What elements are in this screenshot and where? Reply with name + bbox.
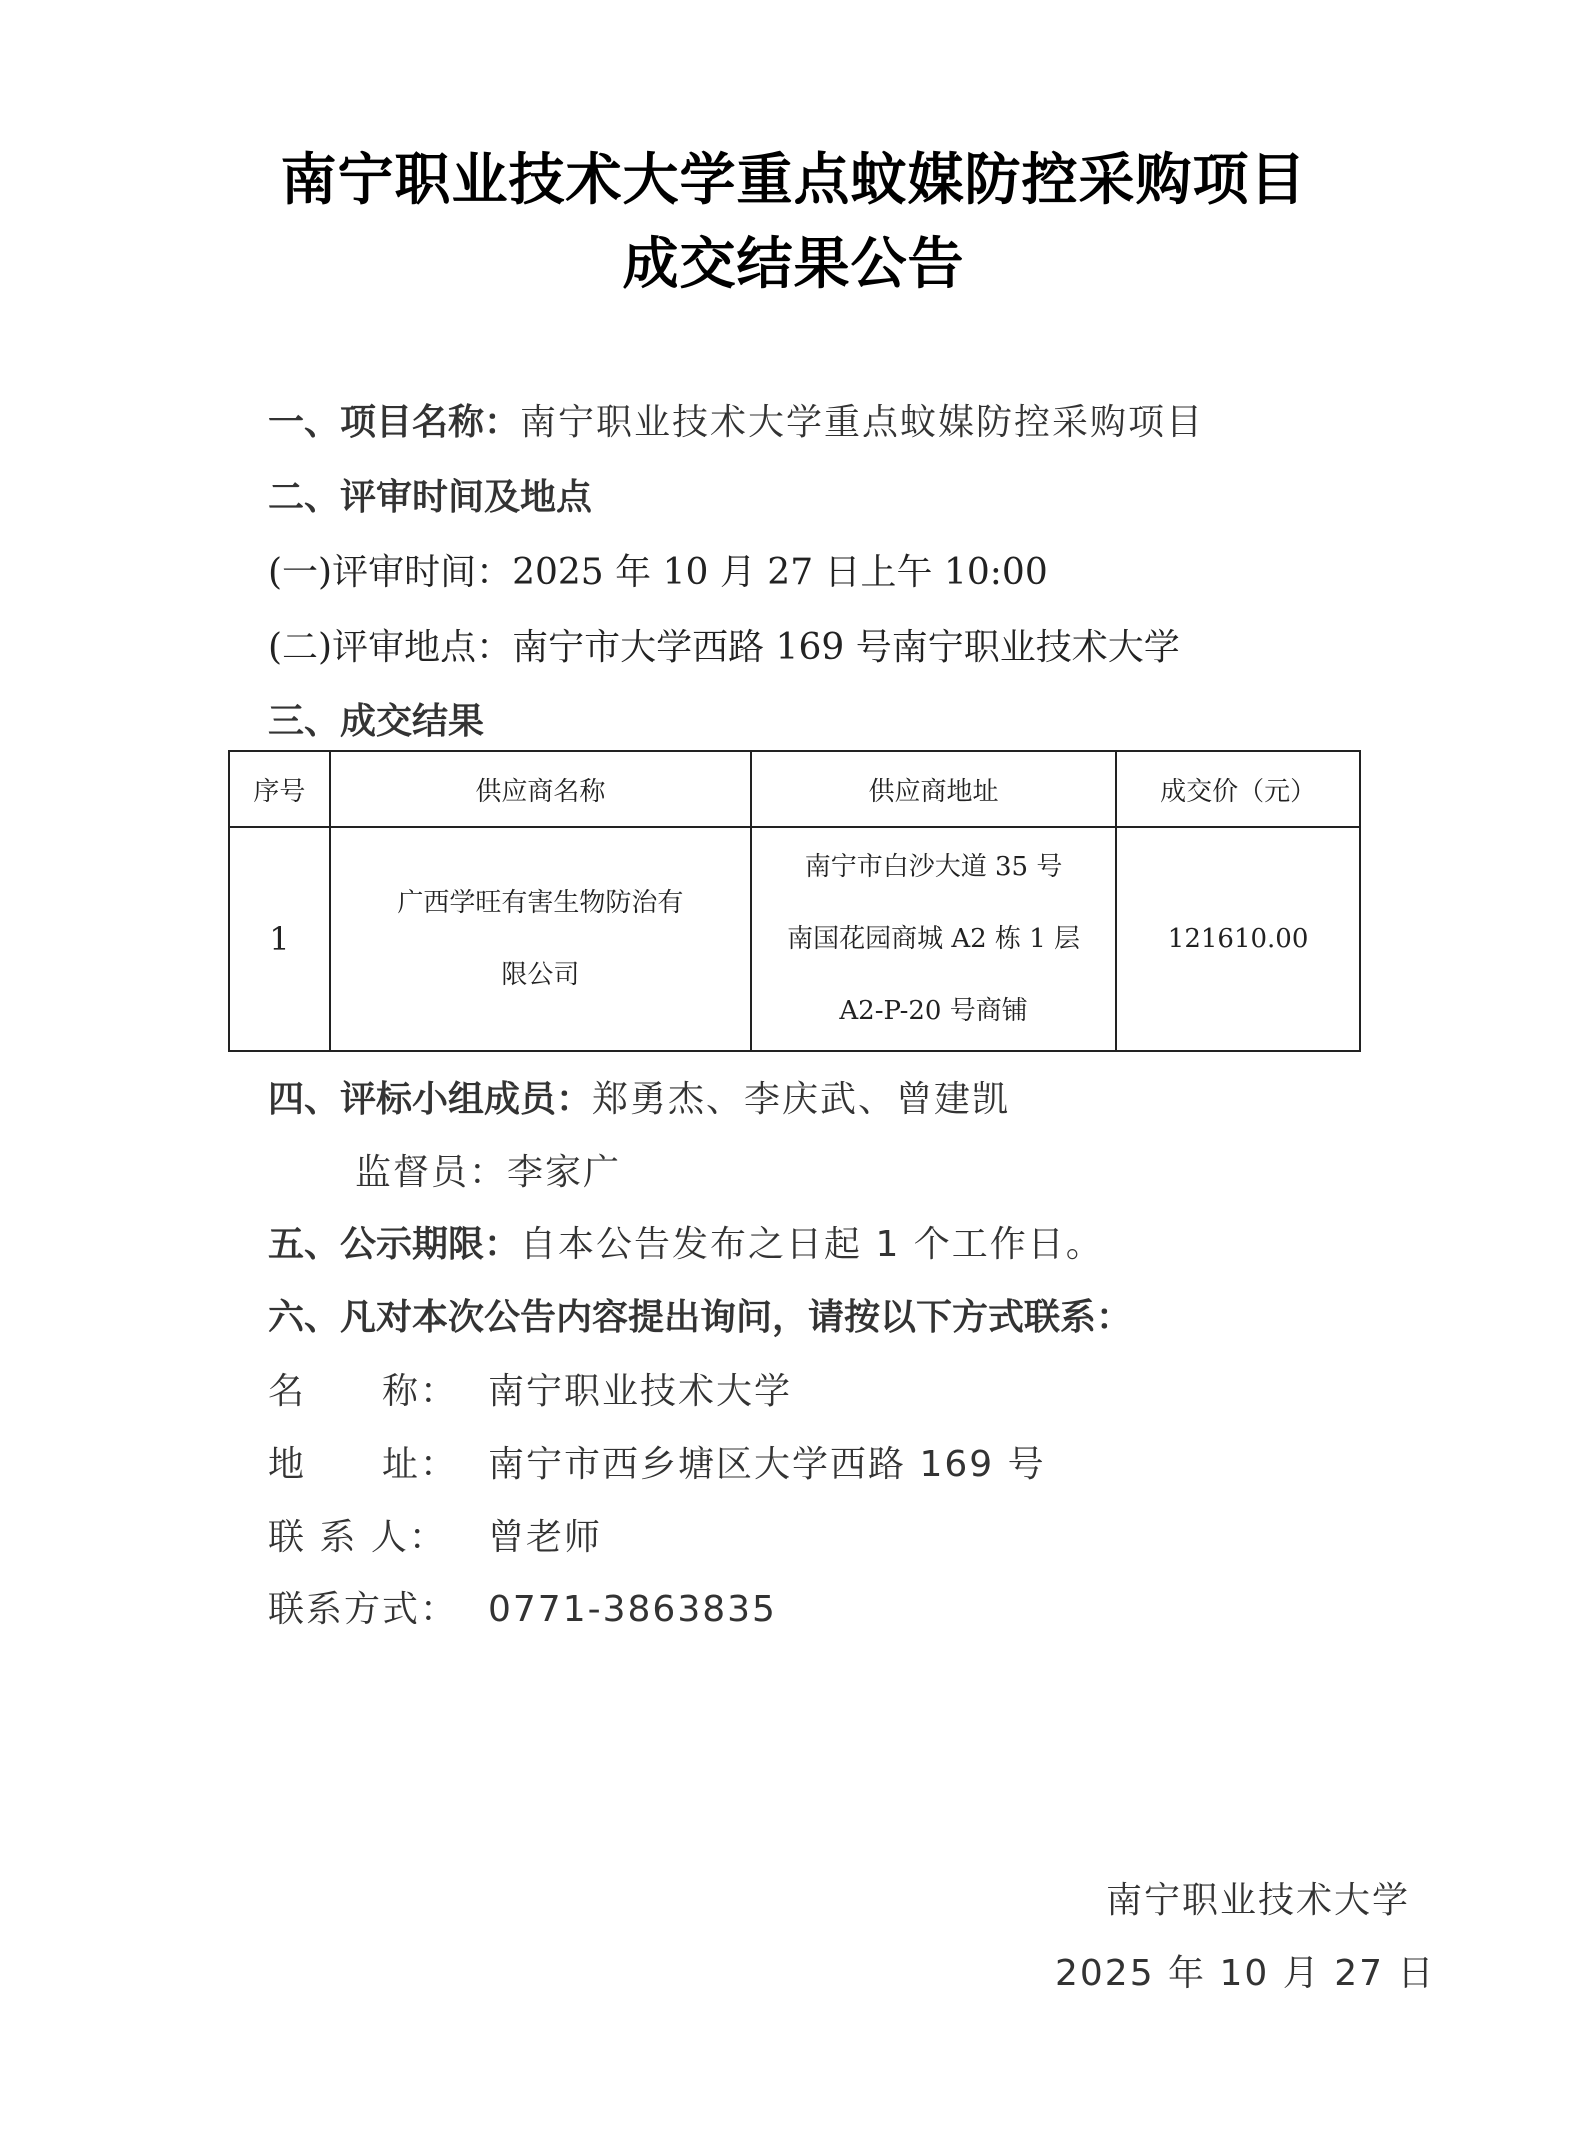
column-header-supplier-name: 供应商名称 <box>330 751 751 827</box>
section-project-name: 一、项目名称：南宁职业技术大学重点蚊媒防控采购项目 <box>268 401 1204 445</box>
review-time-label: (一)评审时间： <box>268 552 512 593</box>
column-header-index: 序号 <box>229 751 330 827</box>
column-header-supplier-address: 供应商地址 <box>751 751 1116 827</box>
contact-person: 联 系 人：曾老师 <box>268 1516 602 1560</box>
table-header-row: 序号 供应商名称 供应商地址 成交价（元） <box>229 751 1360 827</box>
supplier-address-line: 南国花园商城 A2 栋 1 层 <box>760 903 1107 975</box>
panel-members-value: 郑勇杰、李庆武、曾建凯 <box>592 1079 1010 1120</box>
section-publicity-period: 五、公示期限：自本公告发布之日起 1 个工作日。 <box>268 1223 1104 1267</box>
supervisor: 监督员：李家广 <box>355 1151 621 1195</box>
contact-address: 地 址：南宁市西乡塘区大学西路 169 号 <box>268 1443 1046 1487</box>
review-place-label: (二)评审地点： <box>268 627 512 668</box>
contact-address-value: 南宁市西乡塘区大学西路 169 号 <box>488 1444 1046 1485</box>
contact-phone-label: 联系方式： <box>268 1588 488 1632</box>
contact-name: 名 称：南宁职业技术大学 <box>268 1370 792 1414</box>
column-header-price: 成交价（元） <box>1116 751 1360 827</box>
section-heading: 四、评标小组成员： <box>268 1079 592 1120</box>
section-heading: 五、公示期限： <box>268 1224 520 1265</box>
section-heading: 二、评审时间及地点 <box>268 477 592 518</box>
contact-person-value: 曾老师 <box>488 1517 602 1558</box>
result-table: 序号 供应商名称 供应商地址 成交价（元） 1 广西学旺有害生物防治有 限公司 … <box>228 750 1361 1052</box>
signature-date: 2025 年 10 月 27 日 <box>1055 1945 1410 1996</box>
cell-supplier-name: 广西学旺有害生物防治有 限公司 <box>330 827 751 1051</box>
publicity-period-value: 自本公告发布之日起 1 个工作日。 <box>520 1224 1104 1265</box>
cell-index: 1 <box>229 827 330 1051</box>
section-heading: 六、凡对本次公告内容提出询问，请按以下方式联系： <box>268 1297 1132 1338</box>
supervisor-value: 李家广 <box>507 1152 621 1193</box>
review-time: (一)评审时间：2025 年 10 月 27 日上午 10:00 <box>268 551 1048 595</box>
cell-price: 121610.00 <box>1116 827 1360 1051</box>
document-title-line2: 成交结果公告 <box>0 232 1587 296</box>
contact-address-label: 地 址： <box>268 1443 488 1487</box>
supervisor-label: 监督员： <box>355 1152 507 1193</box>
cell-supplier-address: 南宁市白沙大道 35 号 南国花园商城 A2 栋 1 层 A2-P-20 号商铺 <box>751 827 1116 1051</box>
section-heading: 三、成交结果 <box>268 701 484 742</box>
supplier-address-line: 南宁市白沙大道 35 号 <box>760 831 1107 903</box>
table-row: 1 广西学旺有害生物防治有 限公司 南宁市白沙大道 35 号 南国花园商城 A2… <box>229 827 1360 1051</box>
section-contact: 六、凡对本次公告内容提出询问，请按以下方式联系： <box>268 1296 1132 1340</box>
contact-person-label: 联 系 人： <box>268 1516 488 1560</box>
contact-phone: 联系方式：0771-3863835 <box>268 1588 777 1632</box>
document-title-line1: 南宁职业技术大学重点蚊媒防控采购项目 <box>0 148 1587 212</box>
contact-name-value: 南宁职业技术大学 <box>488 1371 792 1412</box>
supplier-name-line: 广西学旺有害生物防治有 <box>339 867 742 939</box>
supplier-name-line: 限公司 <box>339 939 742 1011</box>
project-name-value: 南宁职业技术大学重点蚊媒防控采购项目 <box>520 402 1204 443</box>
review-time-value: 2025 年 10 月 27 日上午 10:00 <box>512 552 1048 593</box>
section-heading: 一、项目名称： <box>268 402 520 443</box>
contact-phone-value: 0771-3863835 <box>488 1589 777 1630</box>
supplier-address-line: A2-P-20 号商铺 <box>760 975 1107 1047</box>
review-place: (二)评审地点：南宁市大学西路 169 号南宁职业技术大学 <box>268 626 1180 670</box>
contact-name-label: 名 称： <box>268 1370 488 1414</box>
section-result: 三、成交结果 <box>268 700 484 744</box>
section-review-time-place: 二、评审时间及地点 <box>268 476 592 520</box>
signature-org: 南宁职业技术大学 <box>1055 1872 1410 1923</box>
review-place-value: 南宁市大学西路 169 号南宁职业技术大学 <box>512 627 1180 668</box>
section-evaluation-panel: 四、评标小组成员：郑勇杰、李庆武、曾建凯 <box>268 1078 1010 1122</box>
